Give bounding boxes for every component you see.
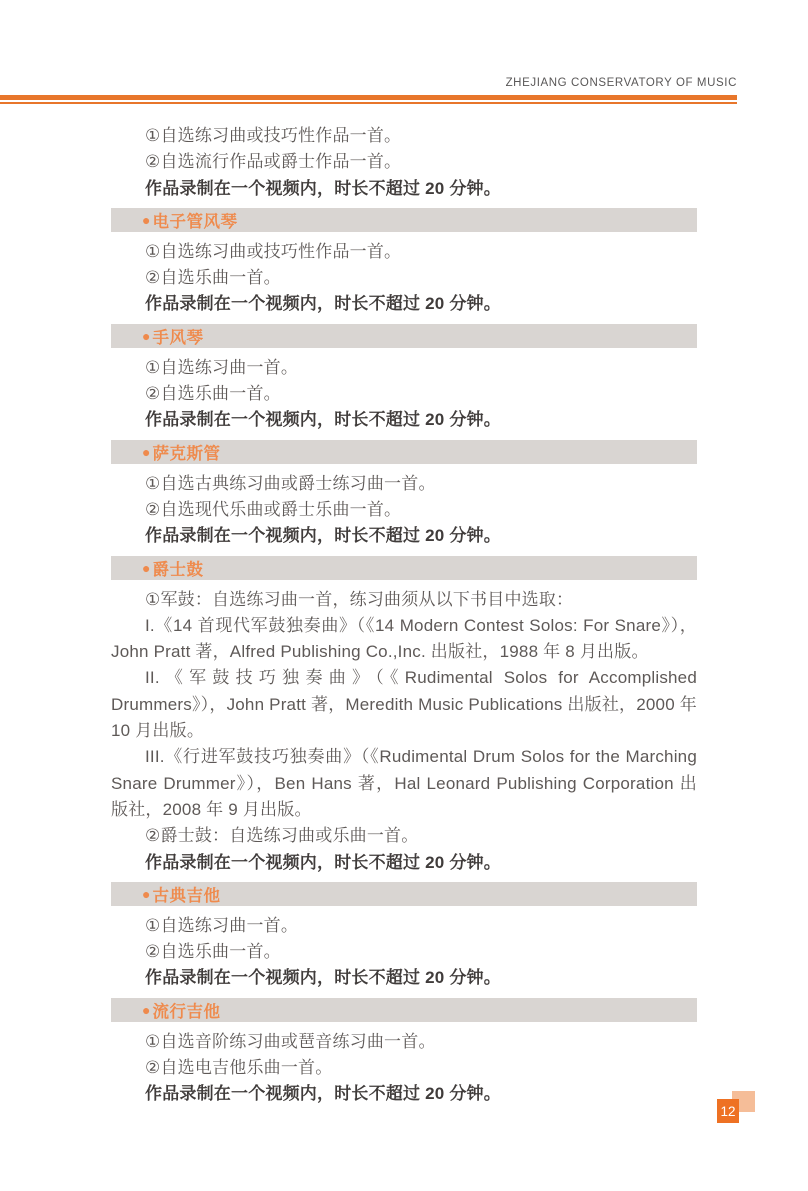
section-header-bar: ● 古典吉他	[111, 882, 697, 906]
bullet-icon: ●	[142, 445, 150, 459]
paragraph: ②自选乐曲一首。	[111, 939, 697, 965]
section-title: 萨克斯管	[152, 440, 220, 464]
section-electronic-organ: ● 电子管风琴 ①自选练习曲或技巧性作品一首。 ②自选乐曲一首。 作品录制在一个…	[111, 208, 697, 318]
section-jazz-drums: ● 爵士鼓 ①军鼓：自选练习曲一首，练习曲须从以下书目中选取： I.《14 首现…	[111, 556, 697, 876]
paragraph-requirement: 作品录制在一个视频内，时长不超过 20 分钟。	[111, 850, 697, 876]
paragraph: ②自选乐曲一首。	[111, 381, 697, 407]
paragraph: ①自选练习曲或技巧性作品一首。	[111, 123, 697, 149]
section-header-bar: ● 萨克斯管	[111, 440, 697, 464]
bullet-icon: ●	[142, 887, 150, 901]
section-title: 流行吉他	[152, 998, 220, 1022]
paragraph: ①自选练习曲一首。	[111, 355, 697, 381]
bullet-icon: ●	[142, 329, 150, 343]
header-rule-thick	[0, 95, 737, 100]
paragraph-requirement: 作品录制在一个视频内，时长不超过 20 分钟。	[111, 291, 697, 317]
document-page: ZHEJIANG CONSERVATORY OF MUSIC ①自选练习曲或技巧…	[0, 0, 808, 1191]
header-rule-thin	[0, 102, 737, 104]
section-classical-guitar: ● 古典吉他 ①自选练习曲一首。 ②自选乐曲一首。 作品录制在一个视频内，时长不…	[111, 882, 697, 992]
section-accordion: ● 手风琴 ①自选练习曲一首。 ②自选乐曲一首。 作品录制在一个视频内，时长不超…	[111, 324, 697, 434]
section-header-bar: ● 流行吉他	[111, 998, 697, 1022]
paragraph-book-reference: II.《军鼓技巧独奏曲》（《Rudimental Solos for Accom…	[111, 665, 697, 744]
paragraph: ②自选电吉他乐曲一首。	[111, 1055, 697, 1081]
section-title: 古典吉他	[152, 882, 220, 906]
paragraph-requirement: 作品录制在一个视频内，时长不超过 20 分钟。	[111, 176, 697, 202]
section-header-bar: ● 爵士鼓	[111, 556, 697, 580]
bullet-icon: ●	[142, 561, 150, 575]
paragraph: ①自选练习曲一首。	[111, 913, 697, 939]
bullet-icon: ●	[142, 213, 150, 227]
section-title: 手风琴	[152, 324, 203, 348]
section-saxophone: ● 萨克斯管 ①自选古典练习曲或爵士练习曲一首。 ②自选现代乐曲或爵士乐曲一首。…	[111, 440, 697, 550]
paragraph-requirement: 作品录制在一个视频内，时长不超过 20 分钟。	[111, 407, 697, 433]
header-institution: ZHEJIANG CONSERVATORY OF MUSIC	[506, 77, 737, 89]
section-header-bar: ● 手风琴	[111, 324, 697, 348]
section-header-bar: ● 电子管风琴	[111, 208, 697, 232]
page-number-badge: 12	[717, 1099, 739, 1123]
paragraph-requirement: 作品录制在一个视频内，时长不超过 20 分钟。	[111, 523, 697, 549]
paragraph: ②自选乐曲一首。	[111, 265, 697, 291]
section-continuation: ①自选练习曲或技巧性作品一首。 ②自选流行作品或爵士作品一首。 作品录制在一个视…	[111, 123, 697, 202]
section-title: 电子管风琴	[152, 208, 237, 232]
page-content: ①自选练习曲或技巧性作品一首。 ②自选流行作品或爵士作品一首。 作品录制在一个视…	[111, 123, 697, 1114]
paragraph: ①自选古典练习曲或爵士练习曲一首。	[111, 471, 697, 497]
section-title: 爵士鼓	[152, 556, 203, 580]
paragraph: ①军鼓：自选练习曲一首，练习曲须从以下书目中选取：	[111, 587, 697, 613]
paragraph: ②自选现代乐曲或爵士乐曲一首。	[111, 497, 697, 523]
paragraph-requirement: 作品录制在一个视频内，时长不超过 20 分钟。	[111, 1081, 697, 1107]
bullet-icon: ●	[142, 1003, 150, 1017]
paragraph: ①自选音阶练习曲或琶音练习曲一首。	[111, 1029, 697, 1055]
paragraph-book-reference: III.《行进军鼓技巧独奏曲》（《Rudimental Drum Solos f…	[111, 744, 697, 823]
paragraph-requirement: 作品录制在一个视频内，时长不超过 20 分钟。	[111, 965, 697, 991]
paragraph: ②自选流行作品或爵士作品一首。	[111, 149, 697, 175]
paragraph: ②爵士鼓：自选练习曲或乐曲一首。	[111, 823, 697, 849]
section-pop-guitar: ● 流行吉他 ①自选音阶练习曲或琶音练习曲一首。 ②自选电吉他乐曲一首。 作品录…	[111, 998, 697, 1108]
paragraph-book-reference: I.《14 首现代军鼓独奏曲》（《14 Modern Contest Solos…	[111, 613, 697, 666]
paragraph: ①自选练习曲或技巧性作品一首。	[111, 239, 697, 265]
